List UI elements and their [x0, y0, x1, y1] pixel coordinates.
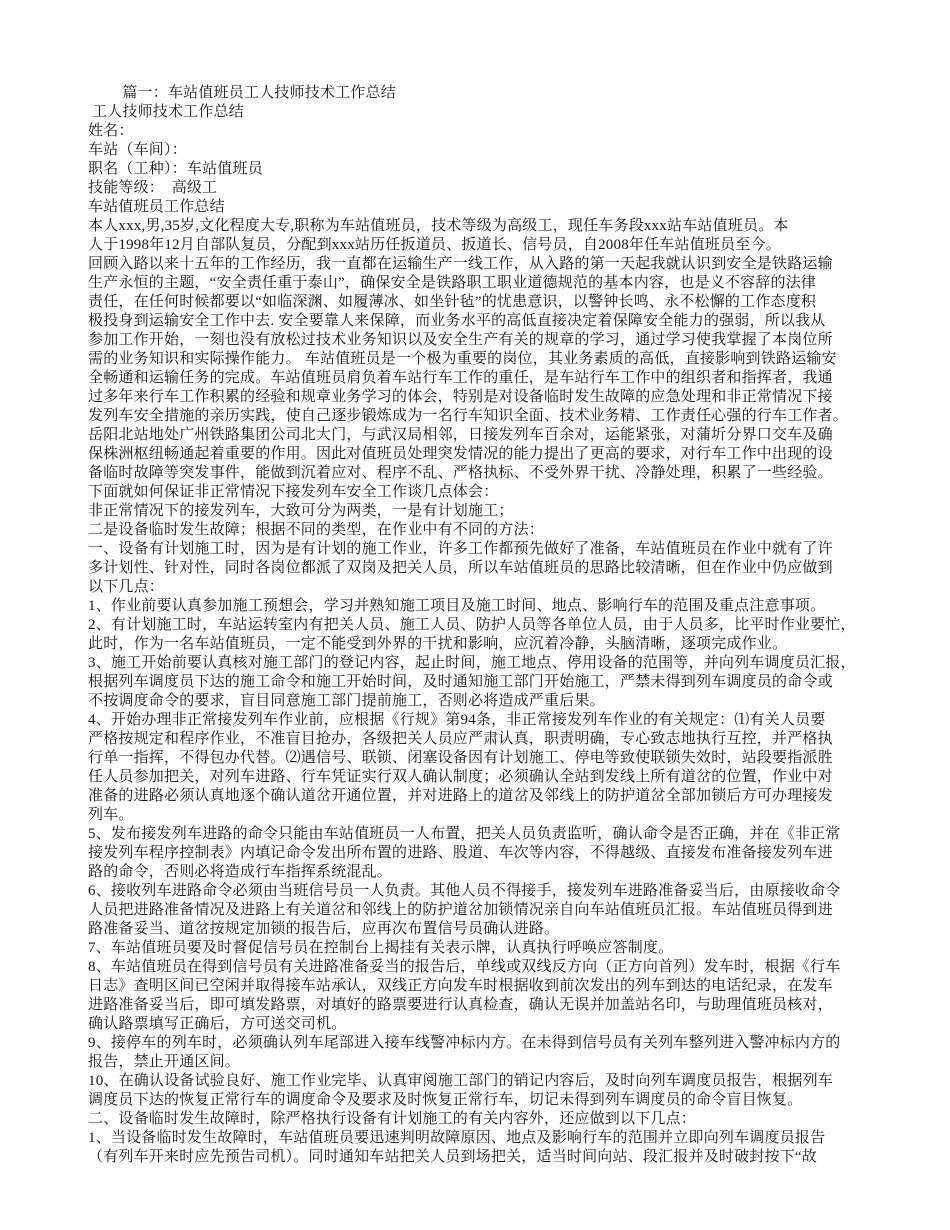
- text-line: 1、当设备临时发生故障时，车站值班员要迅速判明故障原因、地点及影响行车的范围并立…: [88, 1129, 878, 1148]
- text-line: 此时，作为一名车站值班员，一定不能受到外界的干扰和影响，应沉着冷静，头脑清晰，逐…: [88, 635, 878, 654]
- text-line: 根据列车调度员下达的施工命令和施工开始时间，及时通知施工部门开始施工，严禁未得到…: [88, 673, 878, 692]
- text-line: 调度员下达的恢复正常行车的调度命令及要求及时恢复正常行车，切记未得到列车调度员的…: [88, 1091, 878, 1110]
- text-line: 多计划性、针对性，同时各岗位都派了双岗及把关人员，所以车站值班员的思路比较清晰，…: [88, 559, 878, 578]
- text-line: 4、开始办理非正常接发列车作业前，应根据《行规》第94条，非正常接发列车作业的有…: [88, 711, 878, 730]
- text-line: 确认路票填写正确后，方可送交司机。: [88, 1015, 878, 1034]
- text-line: 准备的进路必须认真地逐个确认道岔开通位置，并对进路上的道岔及邻线上的防护道岔全部…: [88, 787, 878, 806]
- text-line: 工人技师技术工作总结: [88, 103, 878, 122]
- text-line: 非正常情况下的接发列车，大致可分为两类，一是有计划施工；: [88, 502, 878, 521]
- text-line: 姓名：: [88, 122, 878, 141]
- text-line: 任人员参加把关，对列车进路、行车凭证实行双人确认制度；必须确认全站到发线上所有道…: [88, 768, 878, 787]
- text-line: 一、设备有计划施工时，因为是有计划的施工作业，许多工作都预先做好了准备，车站值班…: [88, 540, 878, 559]
- text-line: 备临时故障等突发事件，能做到沉着应对、程序不乱、严格执标、不受外界干扰、冷静处理…: [88, 464, 878, 483]
- text-line: 本人xxx,男,35岁,文化程度大专,职称为车站值班员，技术等级为高级工，现任车…: [88, 217, 878, 236]
- text-line: 日志》查明区间已空闲并取得接车站承认，双线正方向发车时根据收到前次发出的列车到达…: [88, 977, 878, 996]
- text-line: 技能等级： 高级工: [88, 179, 878, 198]
- text-line: 接发列车程序控制表》内填记命令发出所布置的进路、股道、车次等内容，不得越级、直接…: [88, 844, 878, 863]
- document-text: 篇一：车站值班员工人技师技术工作总结 工人技师技术工作总结姓名：车站（车间）：职…: [88, 84, 878, 1167]
- text-line: 路准备妥当、道岔按规定加锁的报告后，应再次布置信号员确认进路。: [88, 920, 878, 939]
- text-line: （有列车开来时应先预告司机）。同时通知车站把关人员到场把关，适当时间向站、段汇报…: [88, 1148, 878, 1167]
- text-line: 二是设备临时发生故障；根据不同的类型，在作业中有不同的方法：: [88, 521, 878, 540]
- text-line: 9、接停车的列车时，必须确认列车尾部进入接车线警冲标内方。在未得到信号员有关列车…: [88, 1034, 878, 1053]
- text-line: 5、发布接发列车进路的命令只能由车站值班员一人布置，把关人员负责监听，确认命令是…: [88, 825, 878, 844]
- text-line: 篇一：车站值班员工人技师技术工作总结: [88, 84, 878, 103]
- text-line: 车站（车间）：: [88, 141, 878, 160]
- text-line: 保株洲枢纽畅通起着重要的作用。因此对值班员处理突发情况的能力提出了更高的要求，对…: [88, 445, 878, 464]
- text-line: 车站值班员工作总结: [88, 198, 878, 217]
- text-line: 过多年来行车工作积累的经验和规章业务学习的体会，特别是对设备临时发生故障的应急处…: [88, 388, 878, 407]
- text-line: 人于1998年12月自部队复员，分配到xxx站历任扳道员、扳道长、信号员，自20…: [88, 236, 878, 255]
- text-line: 回顾入路以来十五年的工作经历，我一直都在运输生产一线工作，从入路的第一天起我就认…: [88, 255, 878, 274]
- text-line: 职名（工种）：车站值班员: [88, 160, 878, 179]
- text-line: 生产永恒的主题，“安全责任重于泰山”，确保安全是铁路职工职业道德规范的基本内容，…: [88, 274, 878, 293]
- text-line: 极投身到运输安全工作中去. 安全要靠人来保障，而业务水平的高低直接决定着保障安全…: [88, 312, 878, 331]
- text-line: 路的命令，否则必将造成行车指挥系统混乱。: [88, 863, 878, 882]
- text-line: 7、车站值班员要及时督促信号员在控制台上揭挂有关表示牌，认真执行呼唤应答制度。: [88, 939, 878, 958]
- text-line: 以下几点：: [88, 578, 878, 597]
- text-line: 1、作业前要认真参加施工预想会，学习并熟知施工项目及施工时间、地点、影响行车的范…: [88, 597, 878, 616]
- text-line: 下面就如何保证非正常情况下接发列车安全工作谈几点体会：: [88, 483, 878, 502]
- text-line: 报告，禁止开通区间。: [88, 1053, 878, 1072]
- text-line: 需的业务知识和实际操作能力。 车站值班员是一个极为重要的岗位，其业务素质的高低，…: [88, 350, 878, 369]
- text-line: 人员把进路准备情况及进路上有关道岔和邻线上的防护道岔加锁情况亲自向车站值班员汇报…: [88, 901, 878, 920]
- text-line: 全畅通和运输任务的完成。车站值班员肩负着车站行车工作的重任，是车站行车工作中的组…: [88, 369, 878, 388]
- text-line: 3、施工开始前要认真核对施工部门的登记内容，起止时间，施工地点、停用设备的范围等…: [88, 654, 878, 673]
- text-line: 严格按规定和程序作业，不准盲目抢办，各级把关人员应严肃认真，职责明确，专心致志地…: [88, 730, 878, 749]
- text-line: 10、在确认设备试验良好、施工作业完毕、认真审阅施工部门的销记内容后，及时向列车…: [88, 1072, 878, 1091]
- text-line: 参加工作开始，一刻也没有放松过技术业务知识以及安全生产有关的规章的学习，通过学习…: [88, 331, 878, 350]
- text-line: 责任，在任何时候都要以“如临深渊、如履薄冰、如坐针毡”的忧患意识，以警钟长鸣、永…: [88, 293, 878, 312]
- text-line: 列车。: [88, 806, 878, 825]
- text-line: 6、接收列车进路命令必须由当班信号员一人负责。其他人员不得接手，接发列车进路准备…: [88, 882, 878, 901]
- text-line: 不按调度命令的要求，盲目同意施工部门提前施工，否则必将造成严重后果。: [88, 692, 878, 711]
- text-line: 2、有计划施工时，车站运转室内有把关人员、施工人员、防护人员等各单位人员，由于人…: [88, 616, 878, 635]
- text-line: 行单一指挥，不得包办代替。⑵遇信号、联锁、闭塞设备因有计划施工、停电等致使联锁失…: [88, 749, 878, 768]
- text-line: 岳阳北站地处广州铁路集团公司北大门，与武汉局相邻，日接发列车百余对，运能紧张，对…: [88, 426, 878, 445]
- text-line: 发列车安全措施的亲历实践，使自己逐步锻炼成为一名行车知识全面、技术业务精、工作责…: [88, 407, 878, 426]
- text-line: 二、设备临时发生故障时，除严格执行设备有计划施工的有关内容外，还应做到以下几点：: [88, 1110, 878, 1129]
- document-page: 篇一：车站值班员工人技师技术工作总结 工人技师技术工作总结姓名：车站（车间）：职…: [0, 0, 950, 1230]
- text-line: 进路准备妥当后，即可填发路票，对填好的路票要进行认真检查，确认无误并加盖站名印，…: [88, 996, 878, 1015]
- text-line: 8、车站值班员在得到信号员有关进路准备妥当的报告后，单线或双线反方向（正方向首列…: [88, 958, 878, 977]
